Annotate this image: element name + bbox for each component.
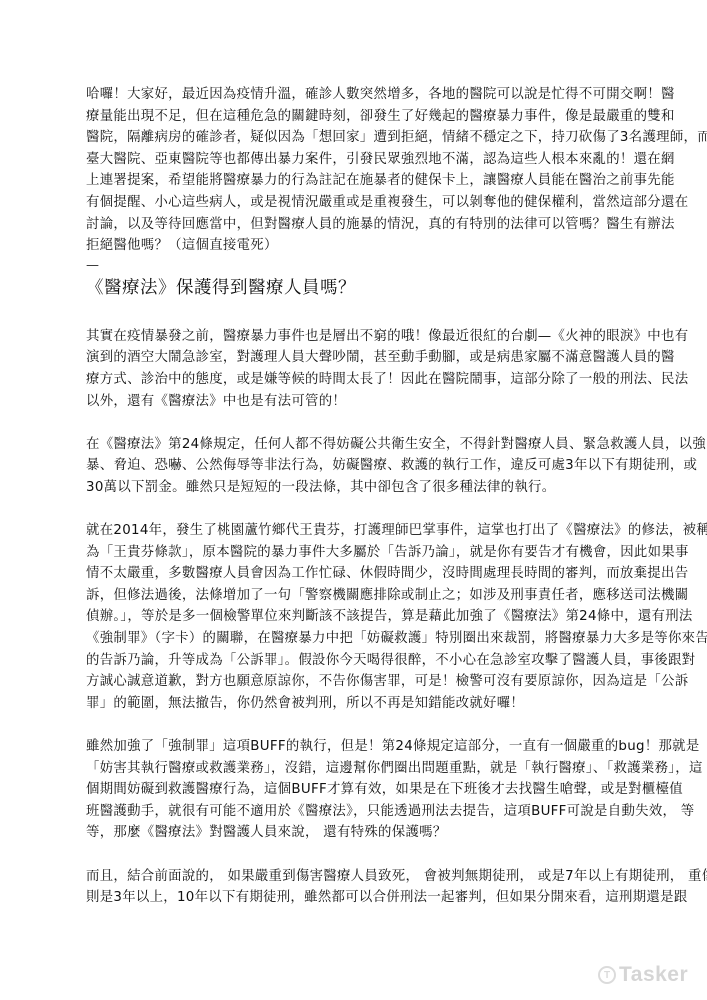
text-line: 30萬以下罰金。雖然只是短短的一段法條，其中卻包含了很多種法律的執行。 [86, 477, 646, 499]
text-line: 偵辦。」，等於是多一個檢警單位來判斷該不該提告，算是藉此加強了《醫療法》第24條… [86, 606, 646, 628]
spacer [86, 499, 646, 521]
text-line: 等，那麼《醫療法》對醫護人員來說， 還有特殊的保護嗎？ [86, 822, 646, 844]
watermark-text: Tasker [619, 963, 688, 987]
section-heading: 《醫療法》保護得到醫療人員嗎？ [86, 275, 646, 301]
text-line: 上連署提案，希望能將醫療暴力的行為註記在施暴者的健保卡上，讓醫療人員能在醫治之前… [86, 170, 646, 192]
text-line: 討論，以及等待回應當中，但對醫療人員的施暴的情況，真的有特別的法律可以管嗎？醫生… [86, 214, 646, 236]
paragraph-3: 就在2014年，發生了桃園蘆竹鄉代王貴芬，打護理師巴掌事件，這掌也打出了《醫療法… [86, 520, 646, 714]
spacer [86, 301, 646, 326]
spacer [86, 412, 646, 434]
text-line: 暴、脅迫、恐嚇、公然侮辱等非法行為，妨礙醫療、救護的執行工作，違反可處3年以下有… [86, 455, 646, 477]
text-line: 訴，但修法過後，法條增加了一句「警察機關應排除或制止之；如涉及刑事責任者，應移送… [86, 585, 646, 607]
text-line: 療方式、診治中的態度，或是嫌等候的時間太長了！因此在醫院鬧事，這部分除了一般的刑… [86, 369, 646, 391]
text-line: 的告訴乃論，升等成為「公訴罪」。假設你今天喝得很醉，不小心在急診室攻擊了醫護人員… [86, 650, 646, 672]
text-line: 拒絕醫他嗎？（這個直接電死） [86, 235, 646, 257]
text-line: 其實在疫情暴發之前，醫療暴力事件也是層出不窮的哦！像最近很紅的台劇—《火神的眼淚… [86, 326, 646, 348]
text-line: 就在2014年，發生了桃園蘆竹鄉代王貴芬，打護理師巴掌事件，這掌也打出了《醫療法… [86, 520, 646, 542]
text-line: 情不太嚴重，多數醫療人員會因為工作忙碌、休假時間少，沒時間處理長時間的審判，而放… [86, 563, 646, 585]
text-line: 班醫護動手，就很有可能不適用於《醫療法》，只能透過刑法去提告，這項BUFF可說是… [86, 801, 646, 823]
text-line: 有個提醒、小心這些病人，或是視情況嚴重或是重複發生，可以剝奪他的健保權利，當然這… [86, 192, 646, 214]
text-line: 療量能出現不足，但在這種危急的關鍵時刻，卻發生了好幾起的醫療暴力事件，像是最嚴重… [86, 106, 646, 128]
text-line: 《強制罪》（字卡）的關聯，在醫療暴力中把「妨礙救護」特別圈出來裁罰，將醫療暴力大… [86, 628, 646, 650]
tasker-logo-icon: T [598, 966, 616, 984]
intro-paragraph: 哈囉！大家好，最近因為疫情升溫，確診人數突然增多，各地的醫院可以說是忙得不可開交… [86, 84, 646, 257]
text-line: 醫院，隔離病房的確診者，疑似因為「想回家」遭到拒絕，情緒不穩定之下，持刀砍傷了3… [86, 127, 646, 149]
text-line: 而且，結合前面說的， 如果嚴重到傷害醫療人員致死， 會被判無期徒刑， 或是7年以… [86, 866, 646, 888]
text-line: 則是3年以上，10年以下有期徒刑，雖然都可以合併刑法一起審判，但如果分開來看，這… [86, 887, 646, 909]
tasker-watermark: T Tasker [598, 963, 688, 987]
spacer [86, 714, 646, 736]
paragraph-1: 其實在疫情暴發之前，醫療暴力事件也是層出不窮的哦！像最近很紅的台劇—《火神的眼淚… [86, 326, 646, 412]
paragraph-4: 雖然加強了「強制罪」這項BUFF的執行，但是！第24條規定這部分，一直有一個嚴重… [86, 736, 646, 844]
text-line: 演到的酒空大鬧急診室，對護理人員大聲吵鬧，甚至動手動腳，或是病患家屬不滿意醫護人… [86, 347, 646, 369]
document-page: 哈囉！大家好，最近因為疫情升溫，確診人數突然增多，各地的醫院可以說是忙得不可開交… [86, 84, 646, 909]
text-line: 「妨害其執行醫療或救護業務」，沒錯，這邊幫你們圈出問題重點，就是「執行醫療」、「… [86, 758, 646, 780]
text-line: 雖然加強了「強制罪」這項BUFF的執行，但是！第24條規定這部分，一直有一個嚴重… [86, 736, 646, 758]
text-line: 罪」的範圍，無法撤告，你仍然會被判刑，所以不再是知錯能改就好囉！ [86, 693, 646, 715]
text-line: 哈囉！大家好，最近因為疫情升溫，確診人數突然增多，各地的醫院可以說是忙得不可開交… [86, 84, 646, 106]
spacer [86, 844, 646, 866]
text-line: 以外，還有《醫療法》中也是有法可管的！ [86, 391, 646, 413]
text-line: 為「王貴芬條款」，原本醫院的暴力事件大多屬於「告訴乃論」，就是你有要告才有機會，… [86, 542, 646, 564]
text-line: 個期間妨礙到救護醫療行為，這個BUFF才算有效，如果是在下班後才去找醫生嗆聲，或… [86, 779, 646, 801]
text-line: 方誠心誠意道歉，對方也願意原諒你，不告你傷害罪，可是！檢警可沒有要原諒你，因為這… [86, 671, 646, 693]
section-divider: — [86, 257, 646, 275]
text-line: 臺大醫院、亞東醫院等也都傳出暴力案件，引發民眾強烈地不滿，認為這些人根本來亂的！… [86, 149, 646, 171]
text-line: 在《醫療法》第24條規定，任何人都不得妨礙公共衛生安全，不得針對醫療人員、緊急救… [86, 434, 646, 456]
paragraph-5: 而且，結合前面說的， 如果嚴重到傷害醫療人員致死， 會被判無期徒刑， 或是7年以… [86, 866, 646, 909]
paragraph-2: 在《醫療法》第24條規定，任何人都不得妨礙公共衛生安全，不得針對醫療人員、緊急救… [86, 434, 646, 499]
